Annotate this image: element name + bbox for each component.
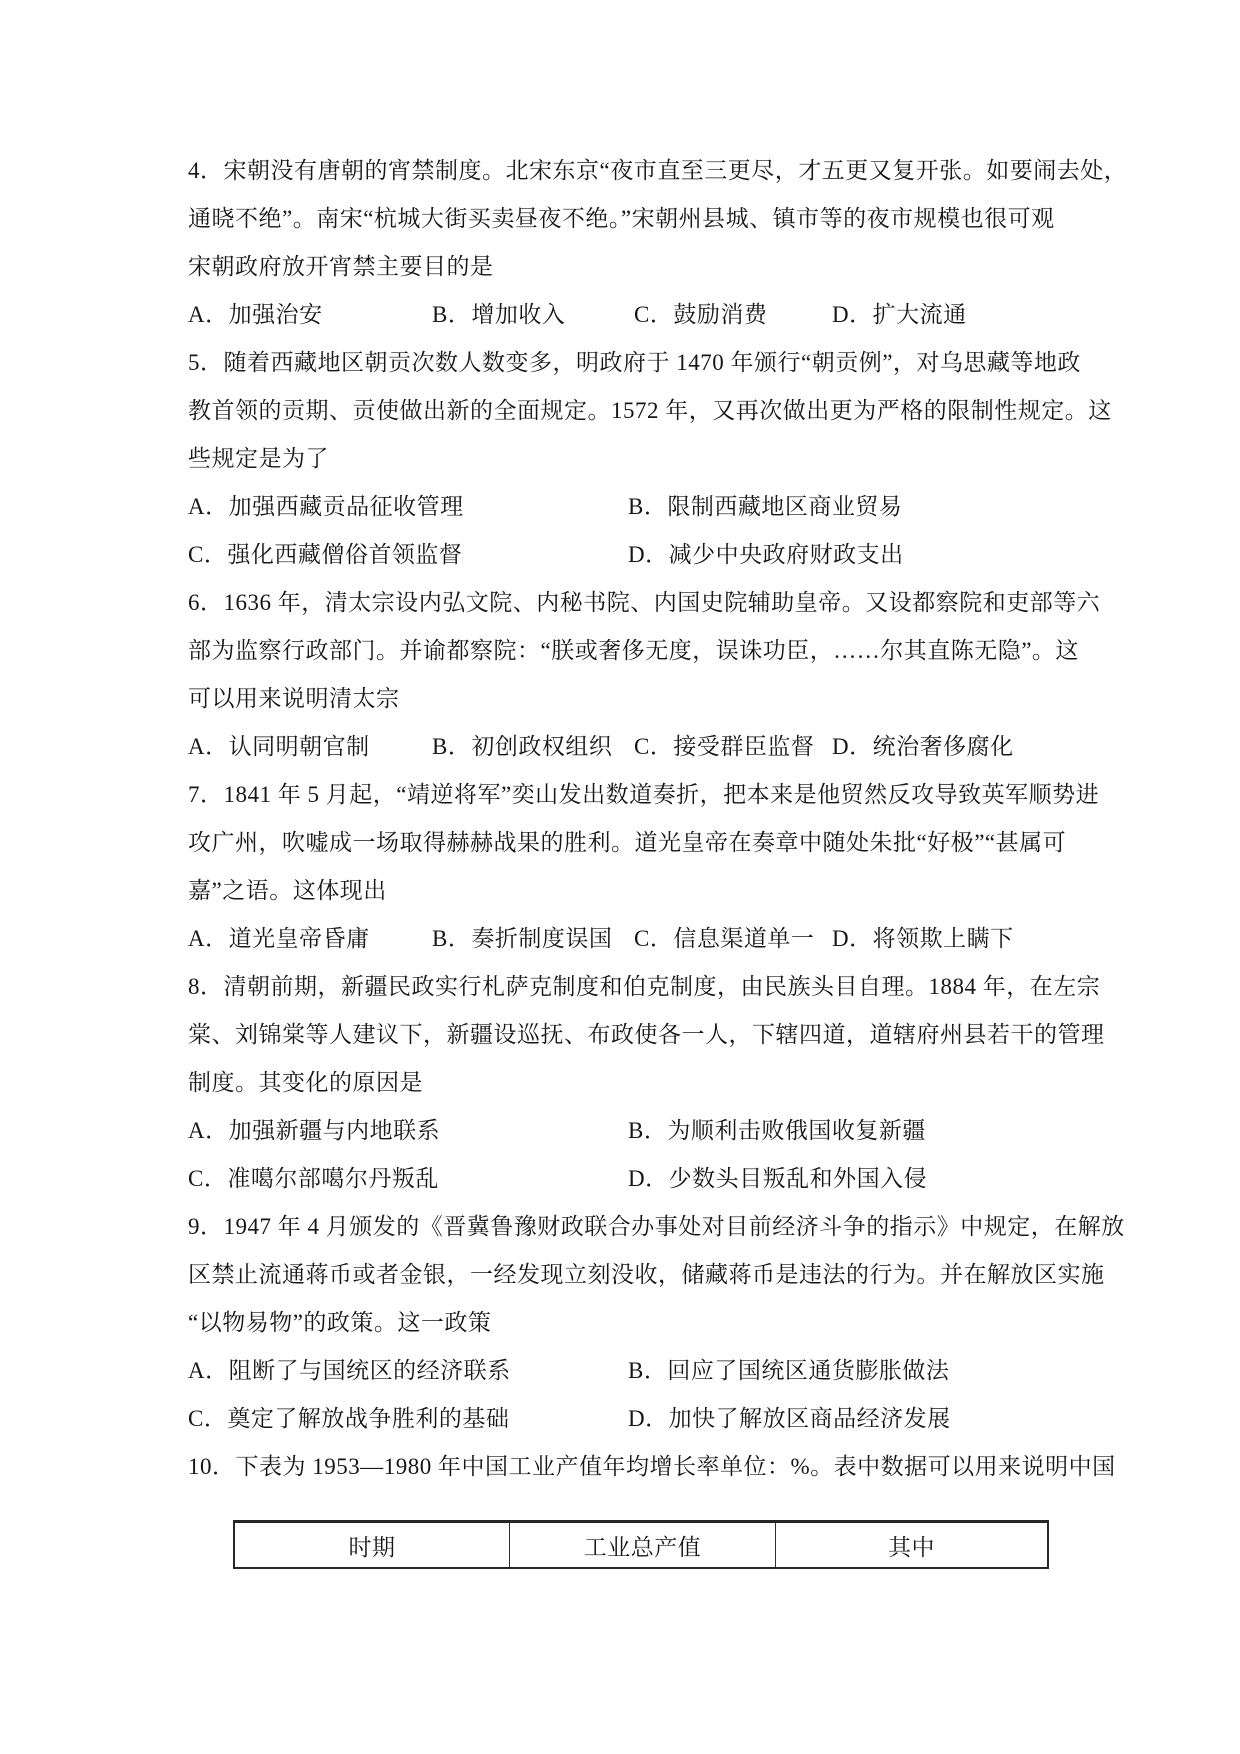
question-text-line: 制度。其变化的原因是 bbox=[188, 1059, 1070, 1107]
option-b: B．增加收入 bbox=[432, 291, 634, 339]
option-b: B．初创政权组织 bbox=[432, 723, 634, 771]
question-text-line: 7．1841 年 5 月起，“靖逆将军”奕山发出数道奏折，把本来是他贸然反攻导致… bbox=[188, 771, 1070, 819]
option-d: D．加快了解放区商品经济发展 bbox=[628, 1395, 1070, 1443]
option-a: A．道光皇帝昏庸 bbox=[188, 915, 432, 963]
question-text-line: 教首领的贡期、贡使做出新的全面规定。1572 年，又再次做出更为严格的限制性规定… bbox=[188, 387, 1070, 435]
options-row: A．加强西藏贡品征收管理 B．限制西藏地区商业贸易 bbox=[188, 483, 1070, 531]
option-d: D．统治奢侈腐化 bbox=[832, 723, 1070, 771]
option-a: A．认同明朝官制 bbox=[188, 723, 432, 771]
option-d: D．少数头目叛乱和外国入侵 bbox=[628, 1155, 1070, 1203]
options-row: C．强化西藏僧俗首领监督 D．减少中央政府财政支出 bbox=[188, 531, 1070, 579]
options-row: A．道光皇帝昏庸 B．奏折制度误国 C．信息渠道单一 D．将领欺上瞒下 bbox=[188, 915, 1070, 963]
option-a: A．加强治安 bbox=[188, 291, 432, 339]
option-b: B．回应了国统区通货膨胀做法 bbox=[628, 1347, 1070, 1395]
question-text-line: “以物易物”的政策。这一政策 bbox=[188, 1299, 1070, 1347]
question-4: 4．宋朝没有唐朝的宵禁制度。北宋东京“夜市直至三更尽，才五更又复开张。如要闹去处… bbox=[188, 147, 1070, 339]
question-text-line: 10．下表为 1953—1980 年中国工业产值年均增长率单位：%。表中数据可以… bbox=[188, 1443, 1070, 1491]
question-text-line: 6．1636 年，清太宗设内弘文院、内秘书院、内国史院辅助皇帝。又设都察院和吏部… bbox=[188, 579, 1070, 627]
option-a: A．加强西藏贡品征收管理 bbox=[188, 483, 628, 531]
options-row: A．阻断了与国统区的经济联系 B．回应了国统区通货膨胀做法 bbox=[188, 1347, 1070, 1395]
question-text-line: 8．清朝前期，新疆民政实行札萨克制度和伯克制度，由民族头目自理。1884 年，在… bbox=[188, 963, 1070, 1011]
question-text-line: 嘉”之语。这体现出 bbox=[188, 867, 1070, 915]
question-text-line: 些规定是为了 bbox=[188, 435, 1070, 483]
option-b: B．为顺利击败俄国收复新疆 bbox=[628, 1107, 1070, 1155]
option-b: B．奏折制度误国 bbox=[432, 915, 634, 963]
option-d: D．扩大流通 bbox=[832, 291, 1070, 339]
option-c: C．奠定了解放战争胜利的基础 bbox=[188, 1395, 628, 1443]
option-a: A．阻断了与国统区的经济联系 bbox=[188, 1347, 628, 1395]
option-b: B．限制西藏地区商业贸易 bbox=[628, 483, 1070, 531]
exam-page: 4．宋朝没有唐朝的宵禁制度。北宋东京“夜市直至三更尽，才五更又复开张。如要闹去处… bbox=[0, 0, 1240, 1754]
question-text-line: 通晓不绝”。南宋“杭城大街买卖昼夜不绝。”宋朝州县城、镇市等的夜市规模也很可观 bbox=[188, 195, 1070, 243]
table-header-cell-period: 时期 bbox=[234, 1522, 510, 1569]
question-6: 6．1636 年，清太宗设内弘文院、内秘书院、内国史院辅助皇帝。又设都察院和吏部… bbox=[188, 579, 1070, 771]
option-c: C．准噶尔部噶尔丹叛乱 bbox=[188, 1155, 628, 1203]
option-d: D．将领欺上瞒下 bbox=[832, 915, 1070, 963]
table-header-row: 时期 工业总产值 其中 bbox=[234, 1522, 1048, 1569]
question-5: 5．随着西藏地区朝贡次数人数变多，明政府于 1470 年颁行“朝贡例”，对乌思藏… bbox=[188, 339, 1070, 579]
question-text-line: 可以用来说明清太宗 bbox=[188, 675, 1070, 723]
options-row: A．加强新疆与内地联系 B．为顺利击败俄国收复新疆 bbox=[188, 1107, 1070, 1155]
option-c: C．强化西藏僧俗首领监督 bbox=[188, 531, 628, 579]
options-row: C．奠定了解放战争胜利的基础 D．加快了解放区商品经济发展 bbox=[188, 1395, 1070, 1443]
option-c: C．信息渠道单一 bbox=[634, 915, 832, 963]
question-text-line: 9．1947 年 4 月颁发的《晋冀鲁豫财政联合办事处对目前经济斗争的指示》中规… bbox=[188, 1203, 1070, 1251]
question-10: 10．下表为 1953—1980 年中国工业产值年均增长率单位：%。表中数据可以… bbox=[188, 1443, 1070, 1569]
data-table: 时期 工业总产值 其中 bbox=[233, 1520, 1049, 1569]
option-c: C．接受群臣监督 bbox=[634, 723, 832, 771]
options-row: C．准噶尔部噶尔丹叛乱 D．少数头目叛乱和外国入侵 bbox=[188, 1155, 1070, 1203]
question-text-line: 5．随着西藏地区朝贡次数人数变多，明政府于 1470 年颁行“朝贡例”，对乌思藏… bbox=[188, 339, 1070, 387]
table-header-cell-of-which: 其中 bbox=[776, 1522, 1049, 1569]
question-text-line: 攻广州，吹嘘成一场取得赫赫战果的胜利。道光皇帝在奏章中随处朱批“好极”“甚属可 bbox=[188, 819, 1070, 867]
question-text-line: 棠、刘锦棠等人建议下，新疆设巡抚、布政使各一人，下辖四道，道辖府州县若干的管理 bbox=[188, 1011, 1070, 1059]
question-7: 7．1841 年 5 月起，“靖逆将军”奕山发出数道奏折，把本来是他贸然反攻导致… bbox=[188, 771, 1070, 963]
question-text-line: 4．宋朝没有唐朝的宵禁制度。北宋东京“夜市直至三更尽，才五更又复开张。如要闹去处… bbox=[188, 147, 1070, 195]
table-header-cell-gross-output: 工业总产值 bbox=[510, 1522, 776, 1569]
question-9: 9．1947 年 4 月颁发的《晋冀鲁豫财政联合办事处对目前经济斗争的指示》中规… bbox=[188, 1203, 1070, 1443]
question-8: 8．清朝前期，新疆民政实行札萨克制度和伯克制度，由民族头目自理。1884 年，在… bbox=[188, 963, 1070, 1203]
options-row: A．加强治安 B．增加收入 C．鼓励消费 D．扩大流通 bbox=[188, 291, 1070, 339]
question-text-line: 宋朝政府放开宵禁主要目的是 bbox=[188, 243, 1070, 291]
question-text-line: 区禁止流通蒋币或者金银，一经发现立刻没收，储藏蒋币是违法的行为。并在解放区实施 bbox=[188, 1251, 1070, 1299]
exam-content: 4．宋朝没有唐朝的宵禁制度。北宋东京“夜市直至三更尽，才五更又复开张。如要闹去处… bbox=[0, 0, 1240, 1569]
option-c: C．鼓励消费 bbox=[634, 291, 832, 339]
option-a: A．加强新疆与内地联系 bbox=[188, 1107, 628, 1155]
options-row: A．认同明朝官制 B．初创政权组织 C．接受群臣监督 D．统治奢侈腐化 bbox=[188, 723, 1070, 771]
option-d: D．减少中央政府财政支出 bbox=[628, 531, 1070, 579]
question-text-line: 部为监察行政部门。并谕都察院：“朕或奢侈无度，误诛功臣，……尔其直陈无隐”。这 bbox=[188, 627, 1070, 675]
